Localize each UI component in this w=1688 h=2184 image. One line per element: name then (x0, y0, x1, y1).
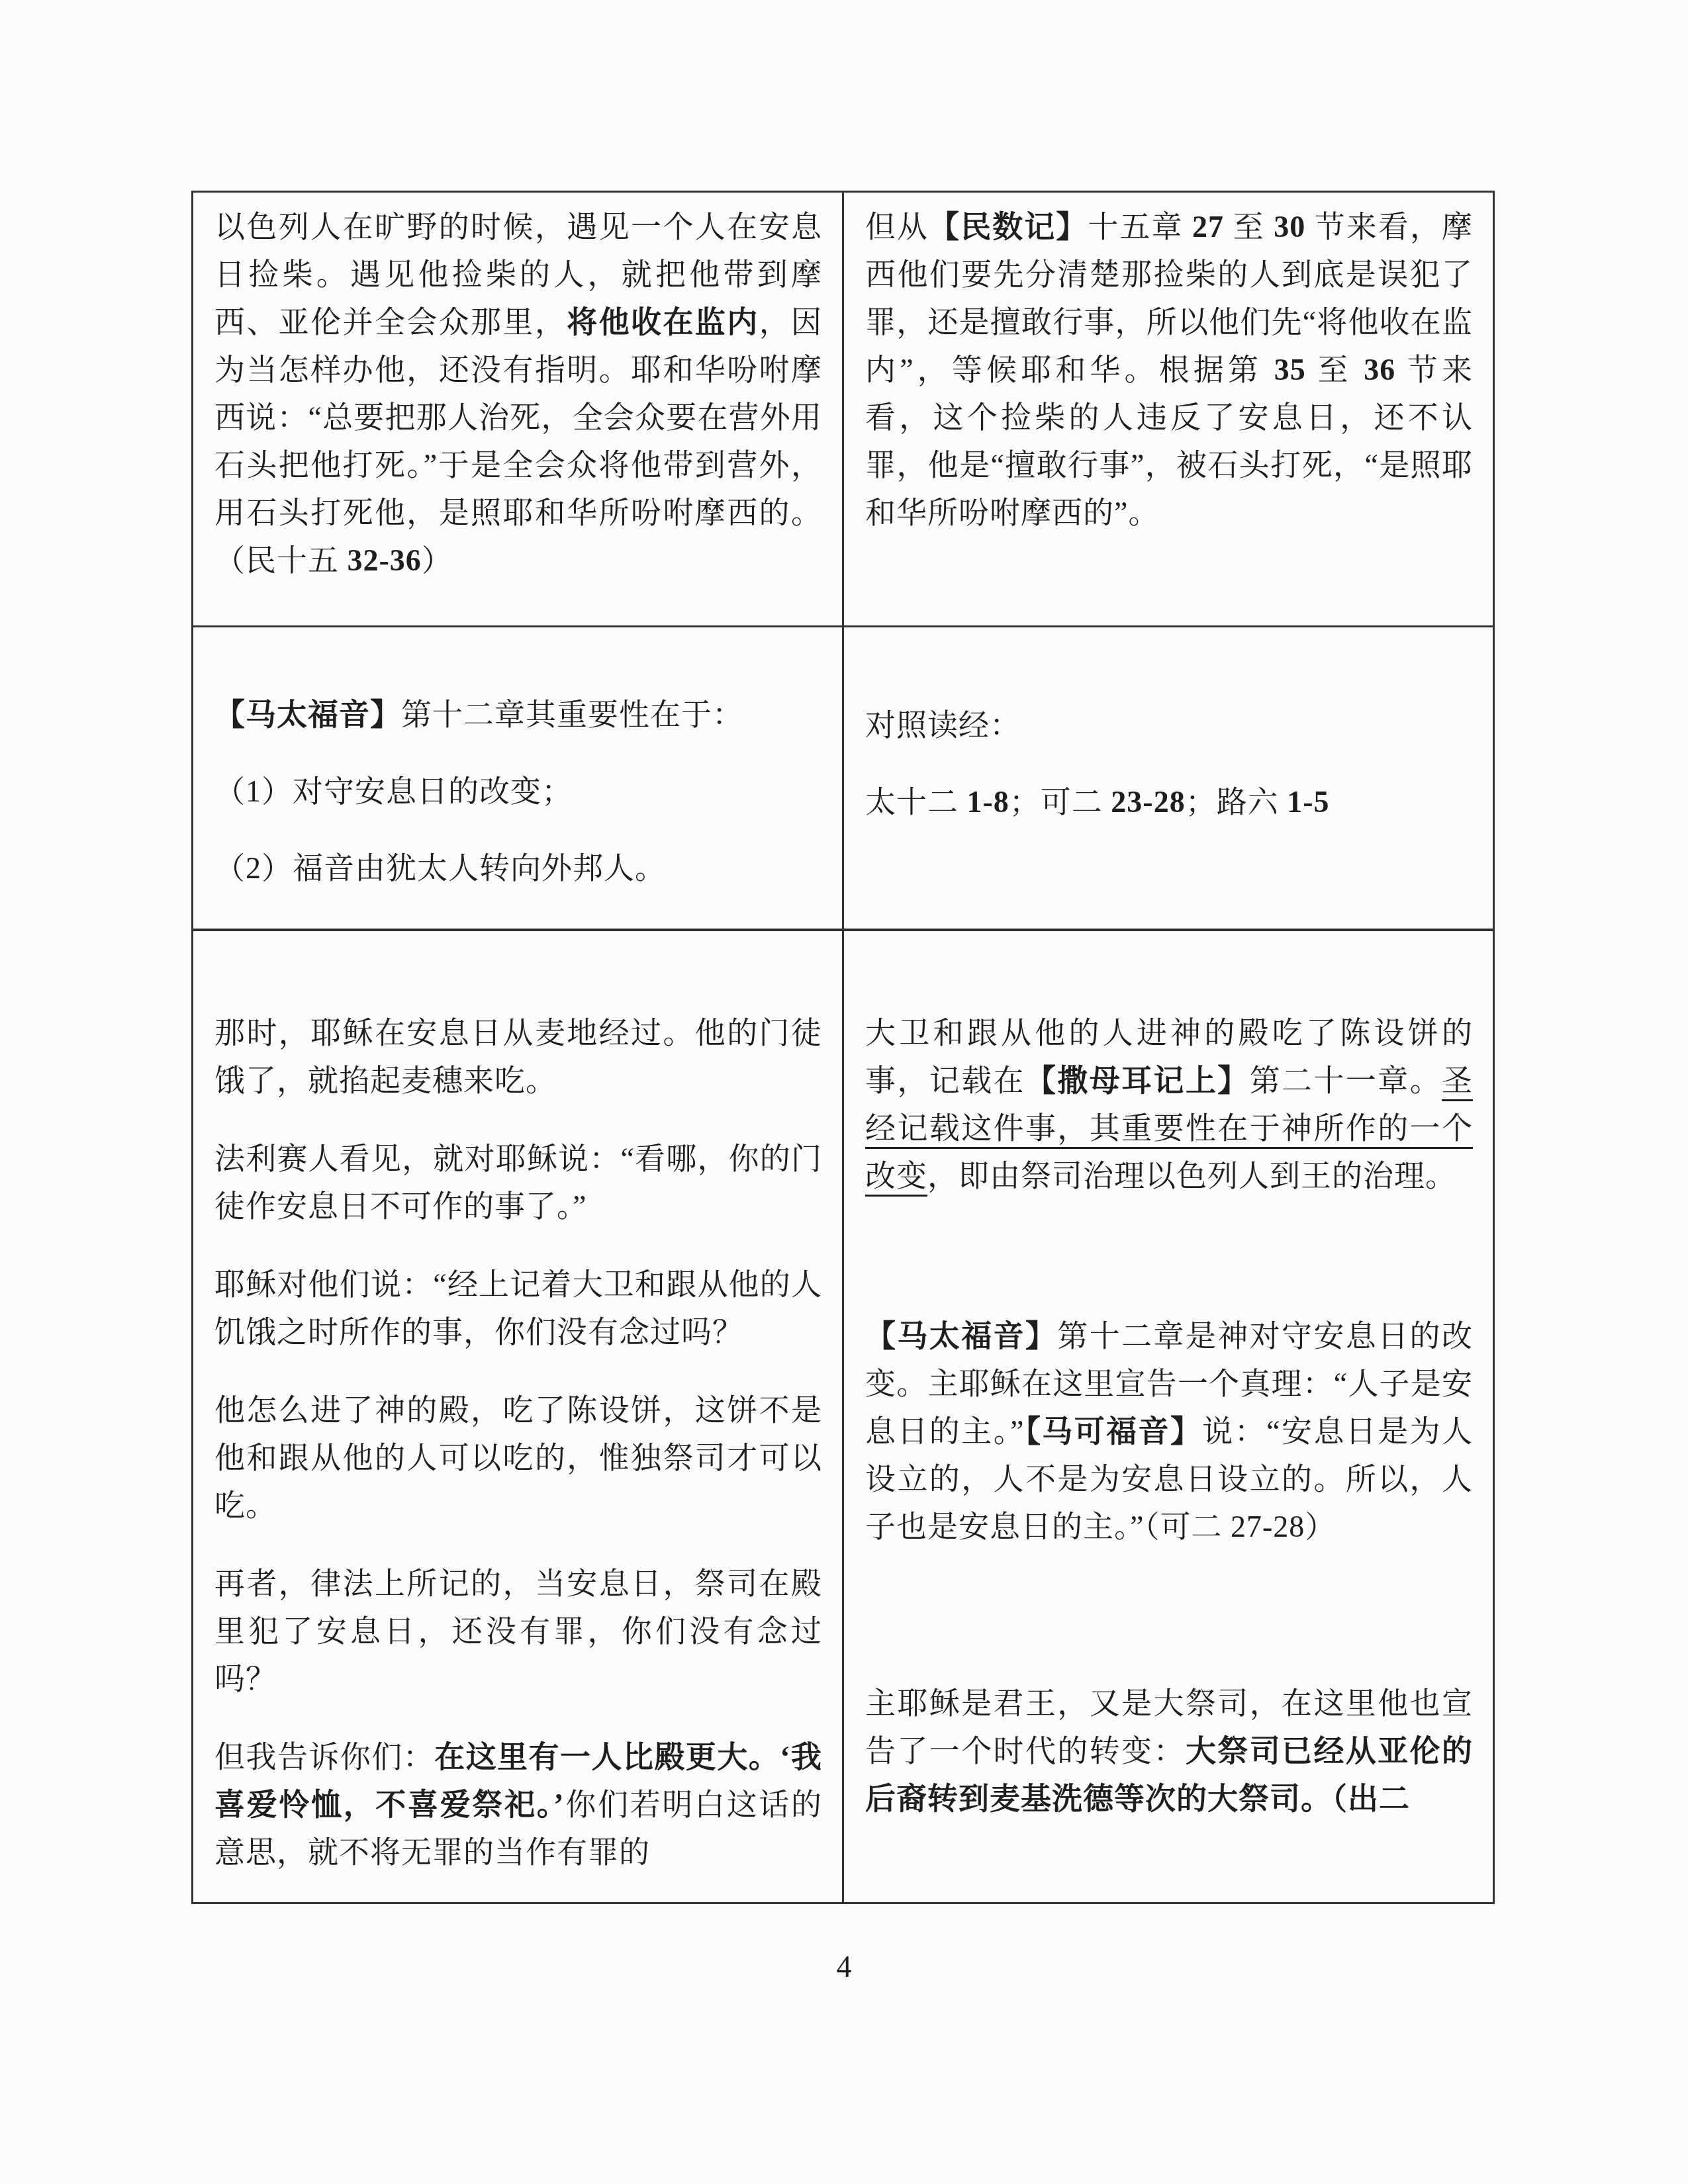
cross-reference-label: 对照读经： (865, 702, 1473, 749)
bold-book-name: 【民数记】 (929, 210, 1088, 244)
bold-book-name: 【马可福音】 (1024, 1414, 1202, 1448)
text-run: 十五章 (1088, 210, 1192, 244)
commentary-paragraph: 大卫和跟从他的人进神的殿吃了陈设饼的事，记载在【撒母耳记上】第二十一章。圣经记载… (865, 1009, 1473, 1200)
cell-r2-right: 对照读经： 太十二 1-8；可二 23-28；路六 1-5 (844, 627, 1493, 931)
gospel-paragraph: 法利赛人看见，就对耶稣说：“看哪，你的门徒作安息日不可作的事了。” (214, 1135, 822, 1230)
text-run: ；可二 (1009, 785, 1111, 819)
text-run: 至 (1224, 210, 1274, 244)
gospel-paragraph: 但我告诉你们：在这里有一人比殿更大。‘我喜爱怜恤，不喜爱祭祀。’你们若明白这话的… (214, 1733, 822, 1876)
cell-r3-left: 那时，耶稣在安息日从麦地经过。他的门徒饿了，就掐起麦穗来吃。 法利赛人看见，就对… (193, 931, 844, 1902)
cell-r1-left: 以色列人在旷野的时候，遇见一个人在安息日捡柴。遇见他捡柴的人，就把他带到摩西、亚… (193, 193, 844, 627)
bold-verse-number: 36 (1364, 353, 1395, 387)
list-item-1: （1）对守安息日的改变； (214, 768, 822, 815)
bold-verse-number: 23-28 (1111, 785, 1185, 819)
text-run: 第十二章其重要性在于： (401, 698, 743, 731)
gospel-paragraph: 那时，耶稣在安息日从麦地经过。他的门徒饿了，就掐起麦穗来吃。 (214, 1009, 822, 1105)
cell-r2-left: 【马太福音】第十二章其重要性在于： （1）对守安息日的改变； （2）福音由犹太人… (193, 627, 844, 931)
bold-verse-ref: 32-36 (348, 543, 422, 577)
text-run: 但从 (865, 210, 929, 244)
bold-verse-number: 27 (1192, 210, 1224, 244)
bold-book-name: 【马太福音】 (865, 1319, 1057, 1353)
text-run: ） (422, 543, 453, 577)
bold-book-name: 【撒母耳记上】 (1025, 1064, 1250, 1097)
page-number: 4 (0, 1950, 1688, 1984)
list-item-2: （2）福音由犹太人转向外邦人。 (214, 844, 822, 892)
bold-text: 将他收在监内 (567, 305, 759, 339)
bold-verse-number: 1-8 (967, 785, 1009, 819)
bold-verse-number: 1-5 (1287, 785, 1329, 819)
paragraph-num15-story: 以色列人在旷野的时候，遇见一个人在安息日捡柴。遇见他捡柴的人，就把他带到摩西、亚… (214, 203, 822, 584)
cell-r3-right: 大卫和跟从他的人进神的殿吃了陈设饼的事，记载在【撒母耳记上】第二十一章。圣经记载… (844, 931, 1493, 1902)
cell-r1-right: 但从【民数记】十五章 27 至 30 节来看，摩西他们要先分清楚那捡柴的人到底是… (844, 193, 1493, 627)
bold-verse-number: 30 (1274, 210, 1305, 244)
content-table: 以色列人在旷野的时候，遇见一个人在安息日捡柴。遇见他捡柴的人，就把他带到摩西、亚… (191, 191, 1495, 1904)
commentary-paragraph: 主耶稣是君王，又是大祭司，在这里他也宣告了一个时代的转变：大祭司已经从亚伦的后裔… (865, 1680, 1473, 1823)
text-run: 第二十一章。 (1250, 1064, 1442, 1097)
paragraph-matthew-importance-heading: 【马太福音】第十二章其重要性在于： (214, 691, 822, 739)
gospel-paragraph: 他怎么进了神的殿，吃了陈设饼，这饼不是他和跟从他的人可以吃的，惟独祭司才可以吃。 (214, 1387, 822, 1529)
commentary-paragraph: 【马太福音】第十二章是神对守安息日的改变。主耶稣在这里宣告一个真理：“人子是安息… (865, 1312, 1473, 1551)
text-run: ；路六 (1186, 785, 1288, 819)
text-run: 太十二 (865, 785, 967, 819)
gospel-paragraph: 耶稣对他们说：“经上记着大卫和跟从他的人饥饿之时所作的事，你们没有念过吗？ (214, 1261, 822, 1356)
bold-verse-number: 35 (1274, 353, 1306, 387)
text-run: ，即由祭司治理以色列人到王的治理。 (927, 1159, 1456, 1193)
cross-reference-verses: 太十二 1-8；可二 23-28；路六 1-5 (865, 778, 1473, 826)
paragraph-num15-comment: 但从【民数记】十五章 27 至 30 节来看，摩西他们要先分清楚那捡柴的人到底是… (865, 203, 1473, 537)
text-run: ，因为当怎样办他，还没有指明。耶和华吩咐摩西说：“总要把那人治死，全会众要在营外… (214, 305, 822, 577)
text-run: 但我告诉你们： (214, 1740, 434, 1774)
gospel-paragraph: 再者，律法上所记的，当安息日，祭司在殿里犯了安息日，还没有罪，你们没有念过吗？ (214, 1560, 822, 1703)
bold-book-name: 【马太福音】 (214, 698, 401, 731)
text-run: 至 (1306, 353, 1364, 387)
